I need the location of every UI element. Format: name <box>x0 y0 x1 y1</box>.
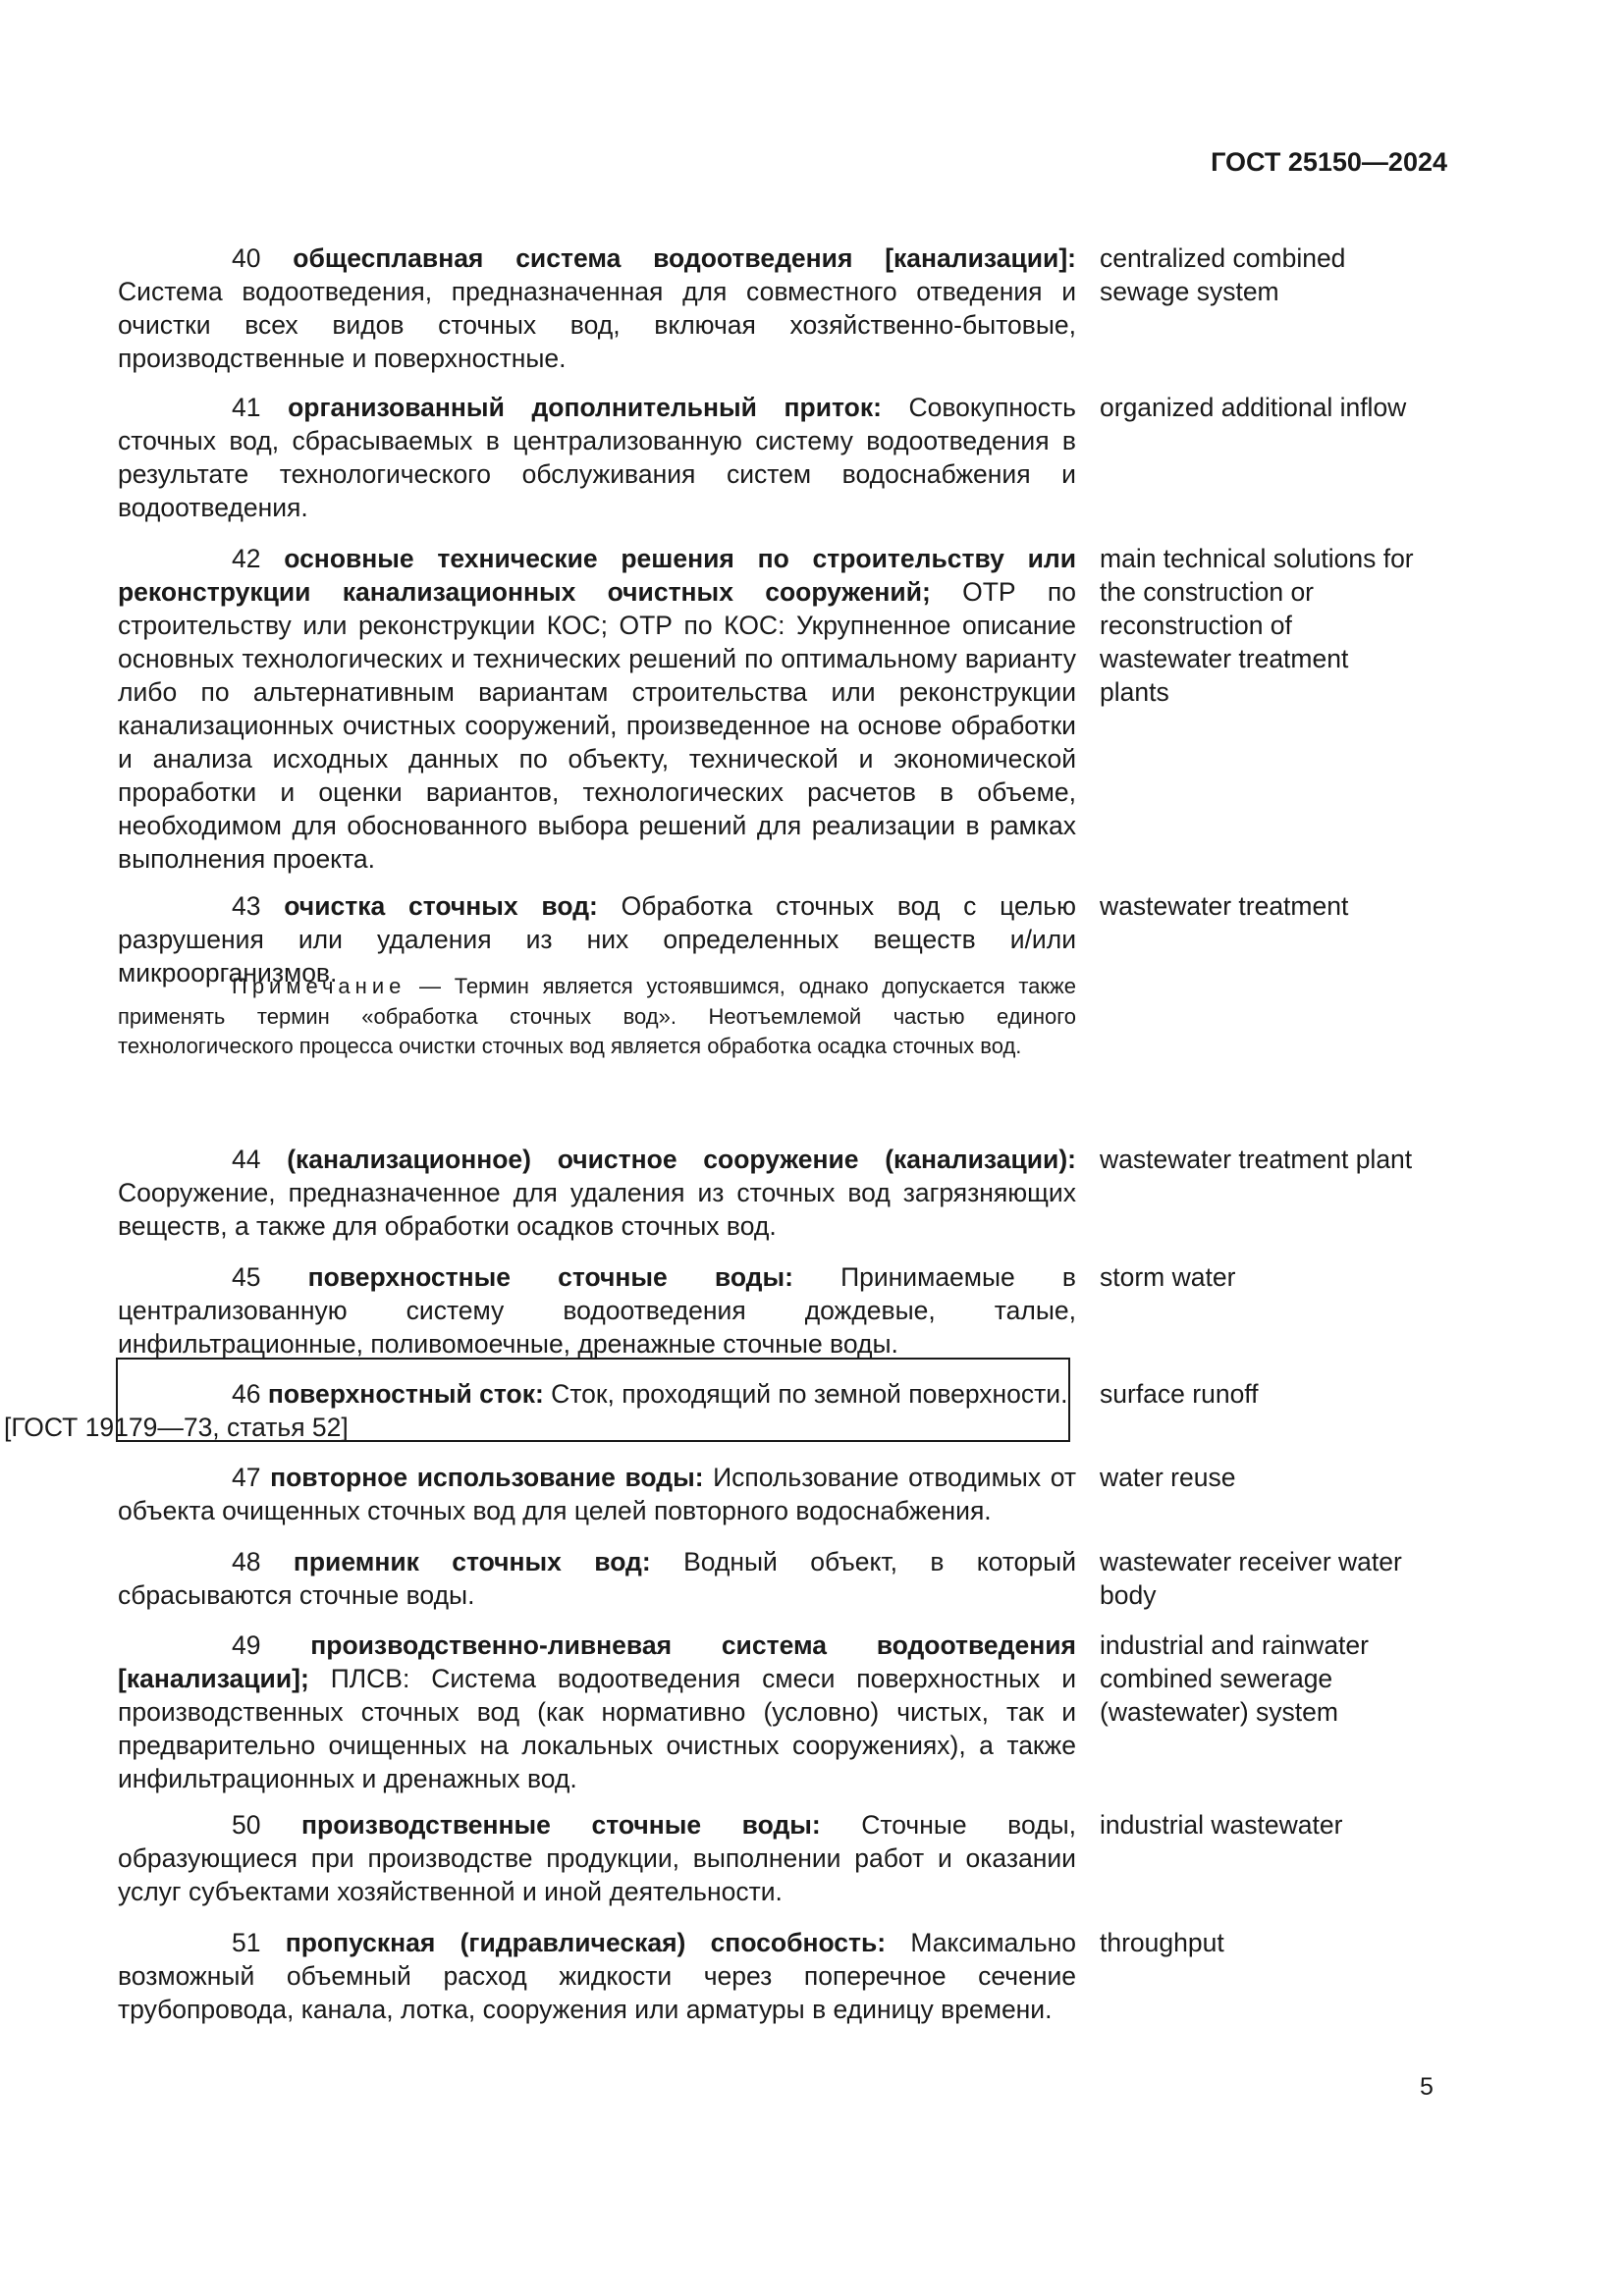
term-title: (канализационное) очистное сооружение (к… <box>287 1145 1076 1174</box>
term-number: 44 <box>232 1145 260 1174</box>
term-english-42: main technical solutions for the constru… <box>1100 542 1414 709</box>
term-entry-45: 45 поверхностные сточные воды: Принимаем… <box>118 1260 1076 1361</box>
term-number: 47 <box>232 1463 260 1492</box>
term-number: 49 <box>232 1630 260 1660</box>
term-title: поверхностный сток: <box>268 1379 544 1409</box>
term-title: очистка сточных вод: <box>284 891 598 921</box>
term-english-45: storm water <box>1100 1260 1463 1294</box>
term-number: 50 <box>232 1810 260 1840</box>
term-definition: Система водоотведения, предназначенная д… <box>118 277 1076 373</box>
term-number: 45 <box>232 1262 260 1292</box>
term-entry-48: 48 приемник сточных вод: Водный объект, … <box>118 1545 1076 1612</box>
term-definition: Сток, проходящий по земной поверхности. <box>544 1379 1068 1409</box>
term-number: 51 <box>232 1928 260 1957</box>
term-english-44: wastewater treatment plant <box>1100 1143 1463 1176</box>
term-number: 43 <box>232 891 260 921</box>
term-entry-49: 49 производственно-ливневая система водо… <box>118 1629 1076 1795</box>
term-number: 46 <box>232 1379 260 1409</box>
term-entry-41: 41 организованный дополнительный приток:… <box>118 391 1076 524</box>
note-label: Примечание <box>232 974 406 998</box>
term-definition: Сооружение, предназначенное для удаления… <box>118 1178 1076 1241</box>
term-english-51: throughput <box>1100 1926 1463 1959</box>
term-english-47: water reuse <box>1100 1461 1463 1494</box>
term-definition: ОТР по строительству или реконструкции К… <box>118 577 1076 874</box>
term-english-41: organized additional inflow <box>1100 391 1463 424</box>
term-title: общесплавная система водоотведения [кана… <box>293 243 1076 273</box>
page-number: 5 <box>1420 2073 1434 2102</box>
term-number: 41 <box>232 393 260 422</box>
term-title: производственные сточные воды: <box>301 1810 821 1840</box>
term-reference: [ГОСТ 19179—73, статья 52] <box>4 1411 349 1444</box>
term-english-46: surface runoff <box>1100 1377 1463 1411</box>
term-english-43: wastewater treatment <box>1100 889 1463 923</box>
term-entry-51: 51 пропускная (гидравлическая) способнос… <box>118 1926 1076 2026</box>
term-title: поверхностные сточные воды: <box>308 1262 793 1292</box>
term-title: пропускная (гидравлическая) способность: <box>286 1928 886 1957</box>
term-number: 48 <box>232 1547 260 1576</box>
term-note-43: Примечание — Термин является устоявшимся… <box>118 972 1076 1062</box>
term-number: 42 <box>232 544 260 573</box>
term-entry-44: 44 (канализационное) очистное сооружение… <box>118 1143 1076 1243</box>
term-title: повторное использование воды: <box>270 1463 703 1492</box>
term-entry-42: 42 основные технические решения по строи… <box>118 542 1076 876</box>
term-english-50: industrial wastewater <box>1100 1808 1463 1842</box>
term-entry-47: 47 повторное использование воды: Использ… <box>118 1461 1076 1527</box>
term-english-40: centralized combined sewage system <box>1100 241 1394 308</box>
term-title: приемник сточных вод: <box>294 1547 651 1576</box>
term-number: 40 <box>232 243 260 273</box>
term-english-48: wastewater receiver water body <box>1100 1545 1434 1612</box>
term-entry-50: 50 производственные сточные воды: Сточны… <box>118 1808 1076 1908</box>
standard-designation: ГОСТ 25150—2024 <box>1211 147 1447 178</box>
term-english-49: industrial and rainwater combined sewera… <box>1100 1629 1404 1729</box>
term-entry-40: 40 общесплавная система водоотведения [к… <box>118 241 1076 375</box>
term-entry-46: 46 поверхностный сток: Сток, проходящий … <box>118 1377 1076 1444</box>
term-title: организованный дополнительный приток: <box>288 393 882 422</box>
